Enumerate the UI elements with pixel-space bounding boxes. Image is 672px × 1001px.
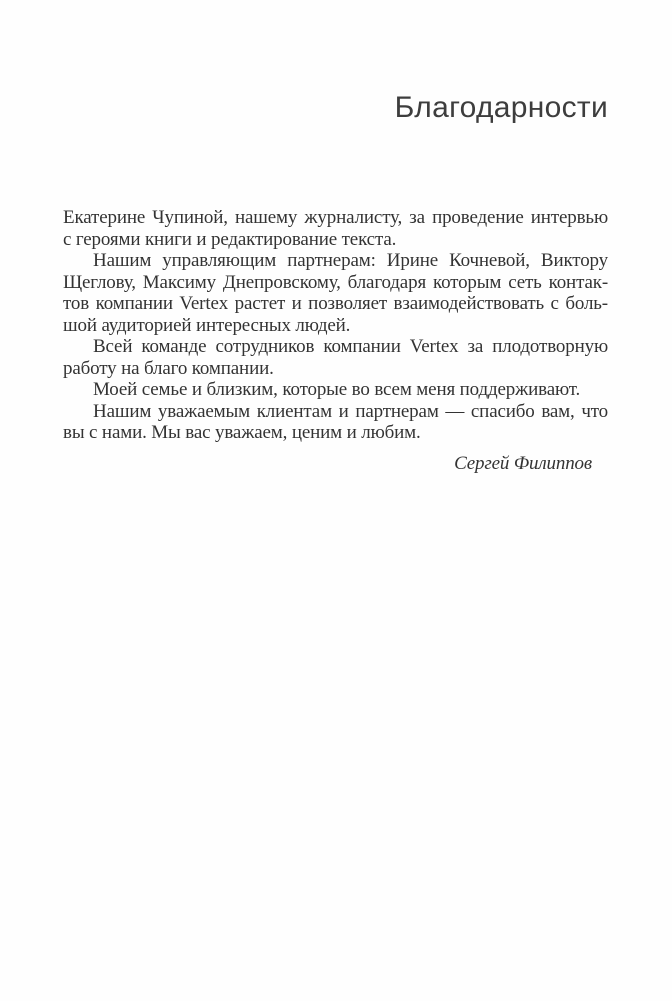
paragraph: Моей семье и близким, которые во всем ме… bbox=[63, 379, 608, 401]
paragraph: Всей команде сотрудников компании Vertex… bbox=[63, 336, 608, 379]
text-line: Екатерине Чупиной, нашему журналисту, за… bbox=[63, 207, 608, 229]
author-signature: Сергей Филиппов bbox=[63, 452, 608, 476]
text-line: вы с нами. Мы вас уважаем, ценим и любим… bbox=[63, 422, 608, 444]
text-line: шой аудиторией интересных людей. bbox=[63, 315, 608, 337]
page-title: Благодарности bbox=[63, 90, 608, 126]
text-line: Нашим уважаемым клиентам и партнерам — с… bbox=[63, 401, 608, 423]
text-line: с героями книги и редактирование текста. bbox=[63, 229, 608, 251]
text-line: Нашим управляющим партнерам: Ирине Кочне… bbox=[63, 250, 608, 272]
paragraph: Нашим управляющим партнерам: Ирине Кочне… bbox=[63, 250, 608, 336]
book-page: Благодарности Екатерине Чупиной, нашему … bbox=[0, 0, 672, 1001]
paragraph: Екатерине Чупиной, нашему журналисту, за… bbox=[63, 207, 608, 250]
text-line: тов компании Vertex растет и позволяет в… bbox=[63, 293, 608, 315]
text-line: Щеглову, Максиму Днепровскому, благодаря… bbox=[63, 272, 608, 294]
paragraph: Нашим уважаемым клиентам и партнерам — с… bbox=[63, 401, 608, 444]
acknowledgments-text: Екатерине Чупиной, нашему журналисту, за… bbox=[63, 207, 608, 476]
text-line: работу на благо компании. bbox=[63, 358, 608, 380]
text-line: Всей команде сотрудников компании Vertex… bbox=[63, 336, 608, 358]
text-line: Моей семье и близким, которые во всем ме… bbox=[63, 379, 608, 401]
